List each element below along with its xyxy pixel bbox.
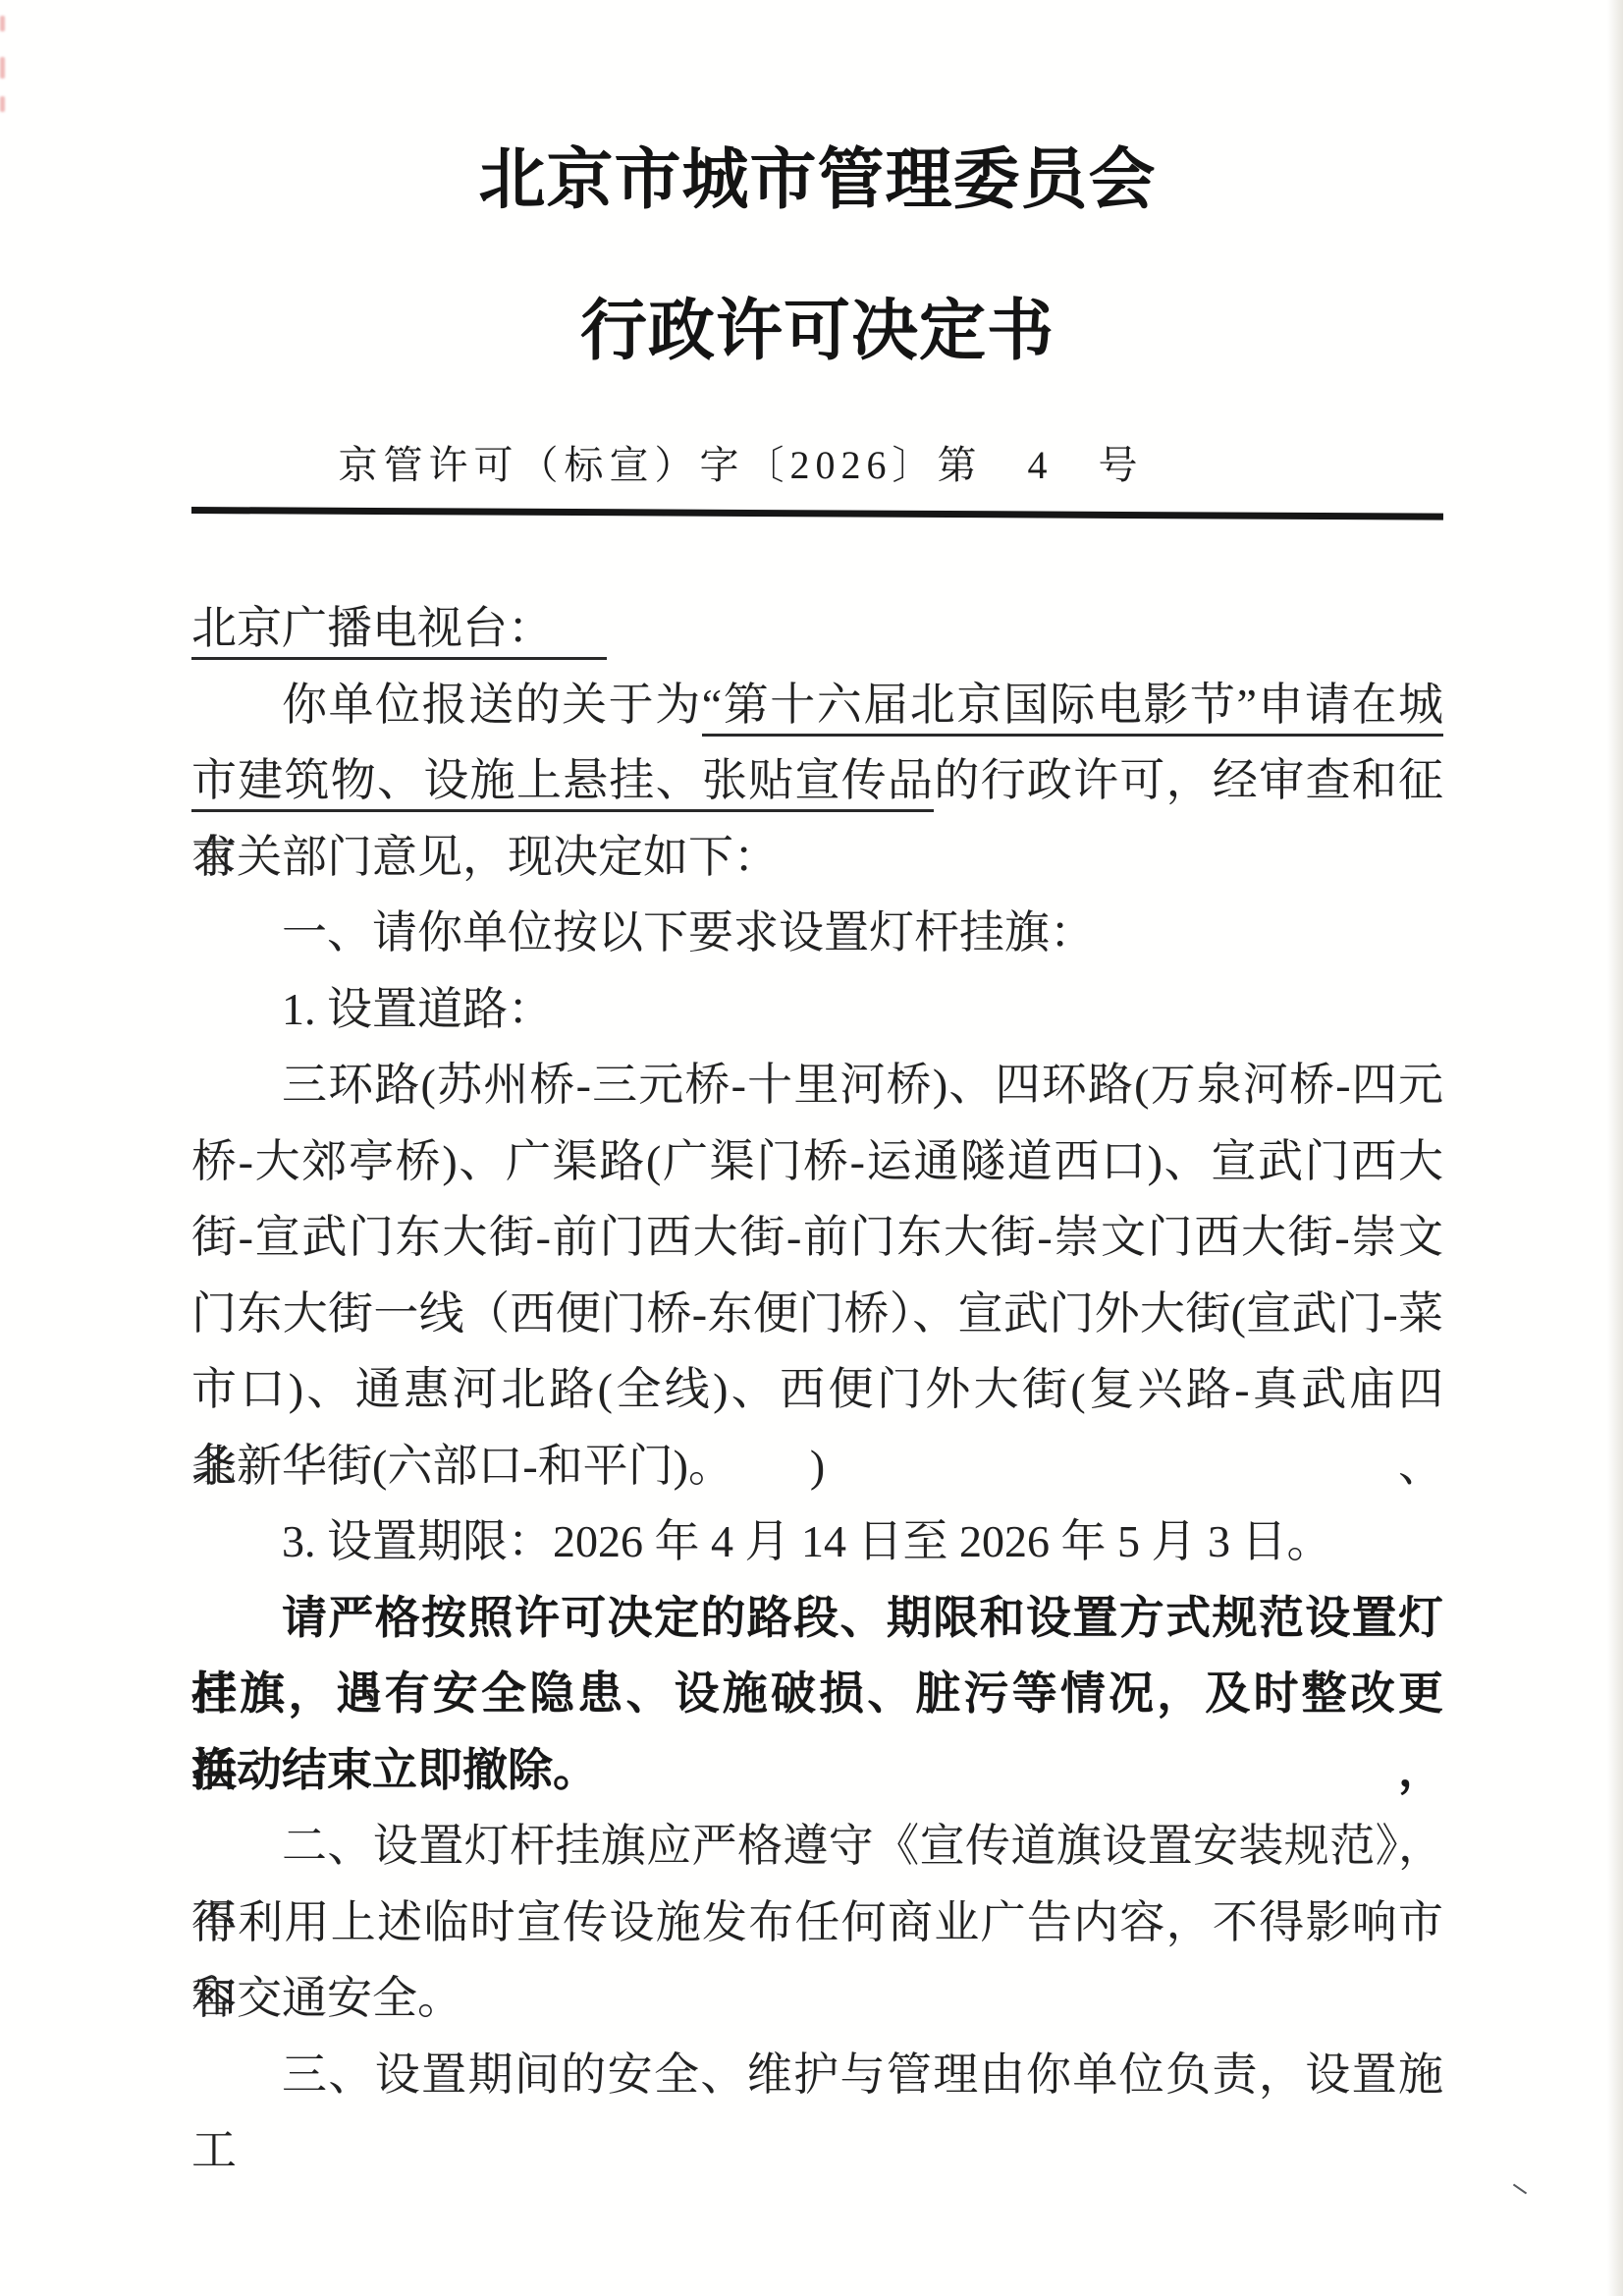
text-line: 街-宣武门东大街-前门西大街-前门东大街-崇文门西大街-崇文 <box>191 1199 1443 1276</box>
text-line: 市建筑物、设施上悬挂、张贴宣传品的行政许可，经审查和征求 <box>191 742 1443 819</box>
text-line: 3. 设置期限：2026 年 4 月 14 日至 2026 年 5 月 3 日。 <box>191 1503 1443 1580</box>
text-segment: 你单位报送的关于为 <box>282 680 702 730</box>
text-line: 二、设置灯杆挂旗应严格遵守《宣传道旗设置安装规范》，不 <box>191 1808 1443 1885</box>
text-segment: 三、设置期间的安全、维护与管理由你单位负责，设置施工 <box>191 2050 1443 2176</box>
text-segment: 北新华街(六部口-和平门)。 <box>191 1441 733 1491</box>
text-segment: 活动结束立即撤除。 <box>191 1744 598 1795</box>
scan-speck <box>0 96 5 112</box>
text-segment: 门东大街一线（西便门桥-东便门桥）、宣武门外大街(宣武门-菜 <box>191 1288 1443 1339</box>
text-line: 1. 设置道路： <box>191 971 1443 1048</box>
text-segment: 一、请你单位按以下要求设置灯杆挂旗： <box>282 907 1095 957</box>
text-line: 三环路(苏州桥-三元桥-十里河桥)、四环路(万泉河桥-四元 <box>191 1047 1443 1123</box>
underlined-text: 北京广播电视台： <box>191 603 607 660</box>
text-line: 市口)、通惠河北路(全线)、西便门外大街(复兴路-真武庙四条)、 <box>191 1351 1443 1428</box>
text-line: 得利用上述临时宣传设施发布任何商业广告内容，不得影响市容 <box>191 1885 1443 1961</box>
underlined-text: “第十六届北京国际电影节”申请在城 <box>702 680 1443 737</box>
text-segment: 桥-大郊亭桥)、广渠路(广渠门桥-运通隧道西口)、宣武门西大 <box>191 1136 1443 1186</box>
scan-edge-shade <box>1607 0 1623 2296</box>
document-page: 北京市城市管理委员会 行政许可决定书 京管许可（标宣）字〔2026〕第 4 号 … <box>0 0 1623 2296</box>
scan-speck <box>0 16 5 31</box>
text-segment: 三环路(苏州桥-三元桥-十里河桥)、四环路(万泉河桥-四元 <box>282 1060 1443 1110</box>
scan-stray-mark <box>1513 2184 1527 2195</box>
document-title-line1: 北京市城市管理委员会 <box>191 145 1443 214</box>
addressee-line: 北京广播电视台： <box>191 590 1443 667</box>
text-line: 你单位报送的关于为“第十六届北京国际电影节”申请在城 <box>191 667 1443 743</box>
text-line: 挂旗，遇有安全隐患、设施破损、脏污等情况，及时整改更换， <box>191 1656 1443 1732</box>
text-line: 桥-大郊亭桥)、广渠路(广渠门桥-运通隧道西口)、宣武门西大 <box>191 1123 1443 1200</box>
document-number: 京管许可（标宣）字〔2026〕第 4 号 <box>115 442 1367 489</box>
text-segment: 1. 设置道路： <box>282 984 553 1034</box>
text-line: 门东大街一线（西便门桥-东便门桥）、宣武门外大街(宣武门-菜 <box>191 1276 1443 1352</box>
text-segment: 有关部门意见，现决定如下： <box>191 832 779 882</box>
document-content: 北京市城市管理委员会 行政许可决定书 京管许可（标宣）字〔2026〕第 4 号 … <box>191 145 1443 2112</box>
document-title-line2: 行政许可决定书 <box>191 297 1443 365</box>
text-segment: 3. 设置期限：2026 年 4 月 14 日至 2026 年 5 月 3 日。 <box>282 1516 1332 1566</box>
text-segment: 街-宣武门东大街-前门西大街-前门东大街-崇文门西大街-崇文 <box>191 1212 1443 1262</box>
text-line: 请严格按照许可决定的路段、期限和设置方式规范设置灯杆 <box>191 1580 1443 1657</box>
text-line: 三、设置期间的安全、维护与管理由你单位负责，设置施工 <box>191 2037 1443 2113</box>
text-segment: 和交通安全。 <box>191 1973 462 2023</box>
text-line: 和交通安全。 <box>191 1960 1443 2037</box>
header-divider-rule <box>191 507 1443 520</box>
scan-speck <box>0 57 5 79</box>
text-line: 有关部门意见，现决定如下： <box>191 819 1443 896</box>
document-body: 北京广播电视台：你单位报送的关于为“第十六届北京国际电影节”申请在城市建筑物、设… <box>191 590 1443 2112</box>
text-line: 一、请你单位按以下要求设置灯杆挂旗： <box>191 895 1443 971</box>
underlined-text: 市建筑物、设施上悬挂、张贴宣传品 <box>191 755 934 812</box>
